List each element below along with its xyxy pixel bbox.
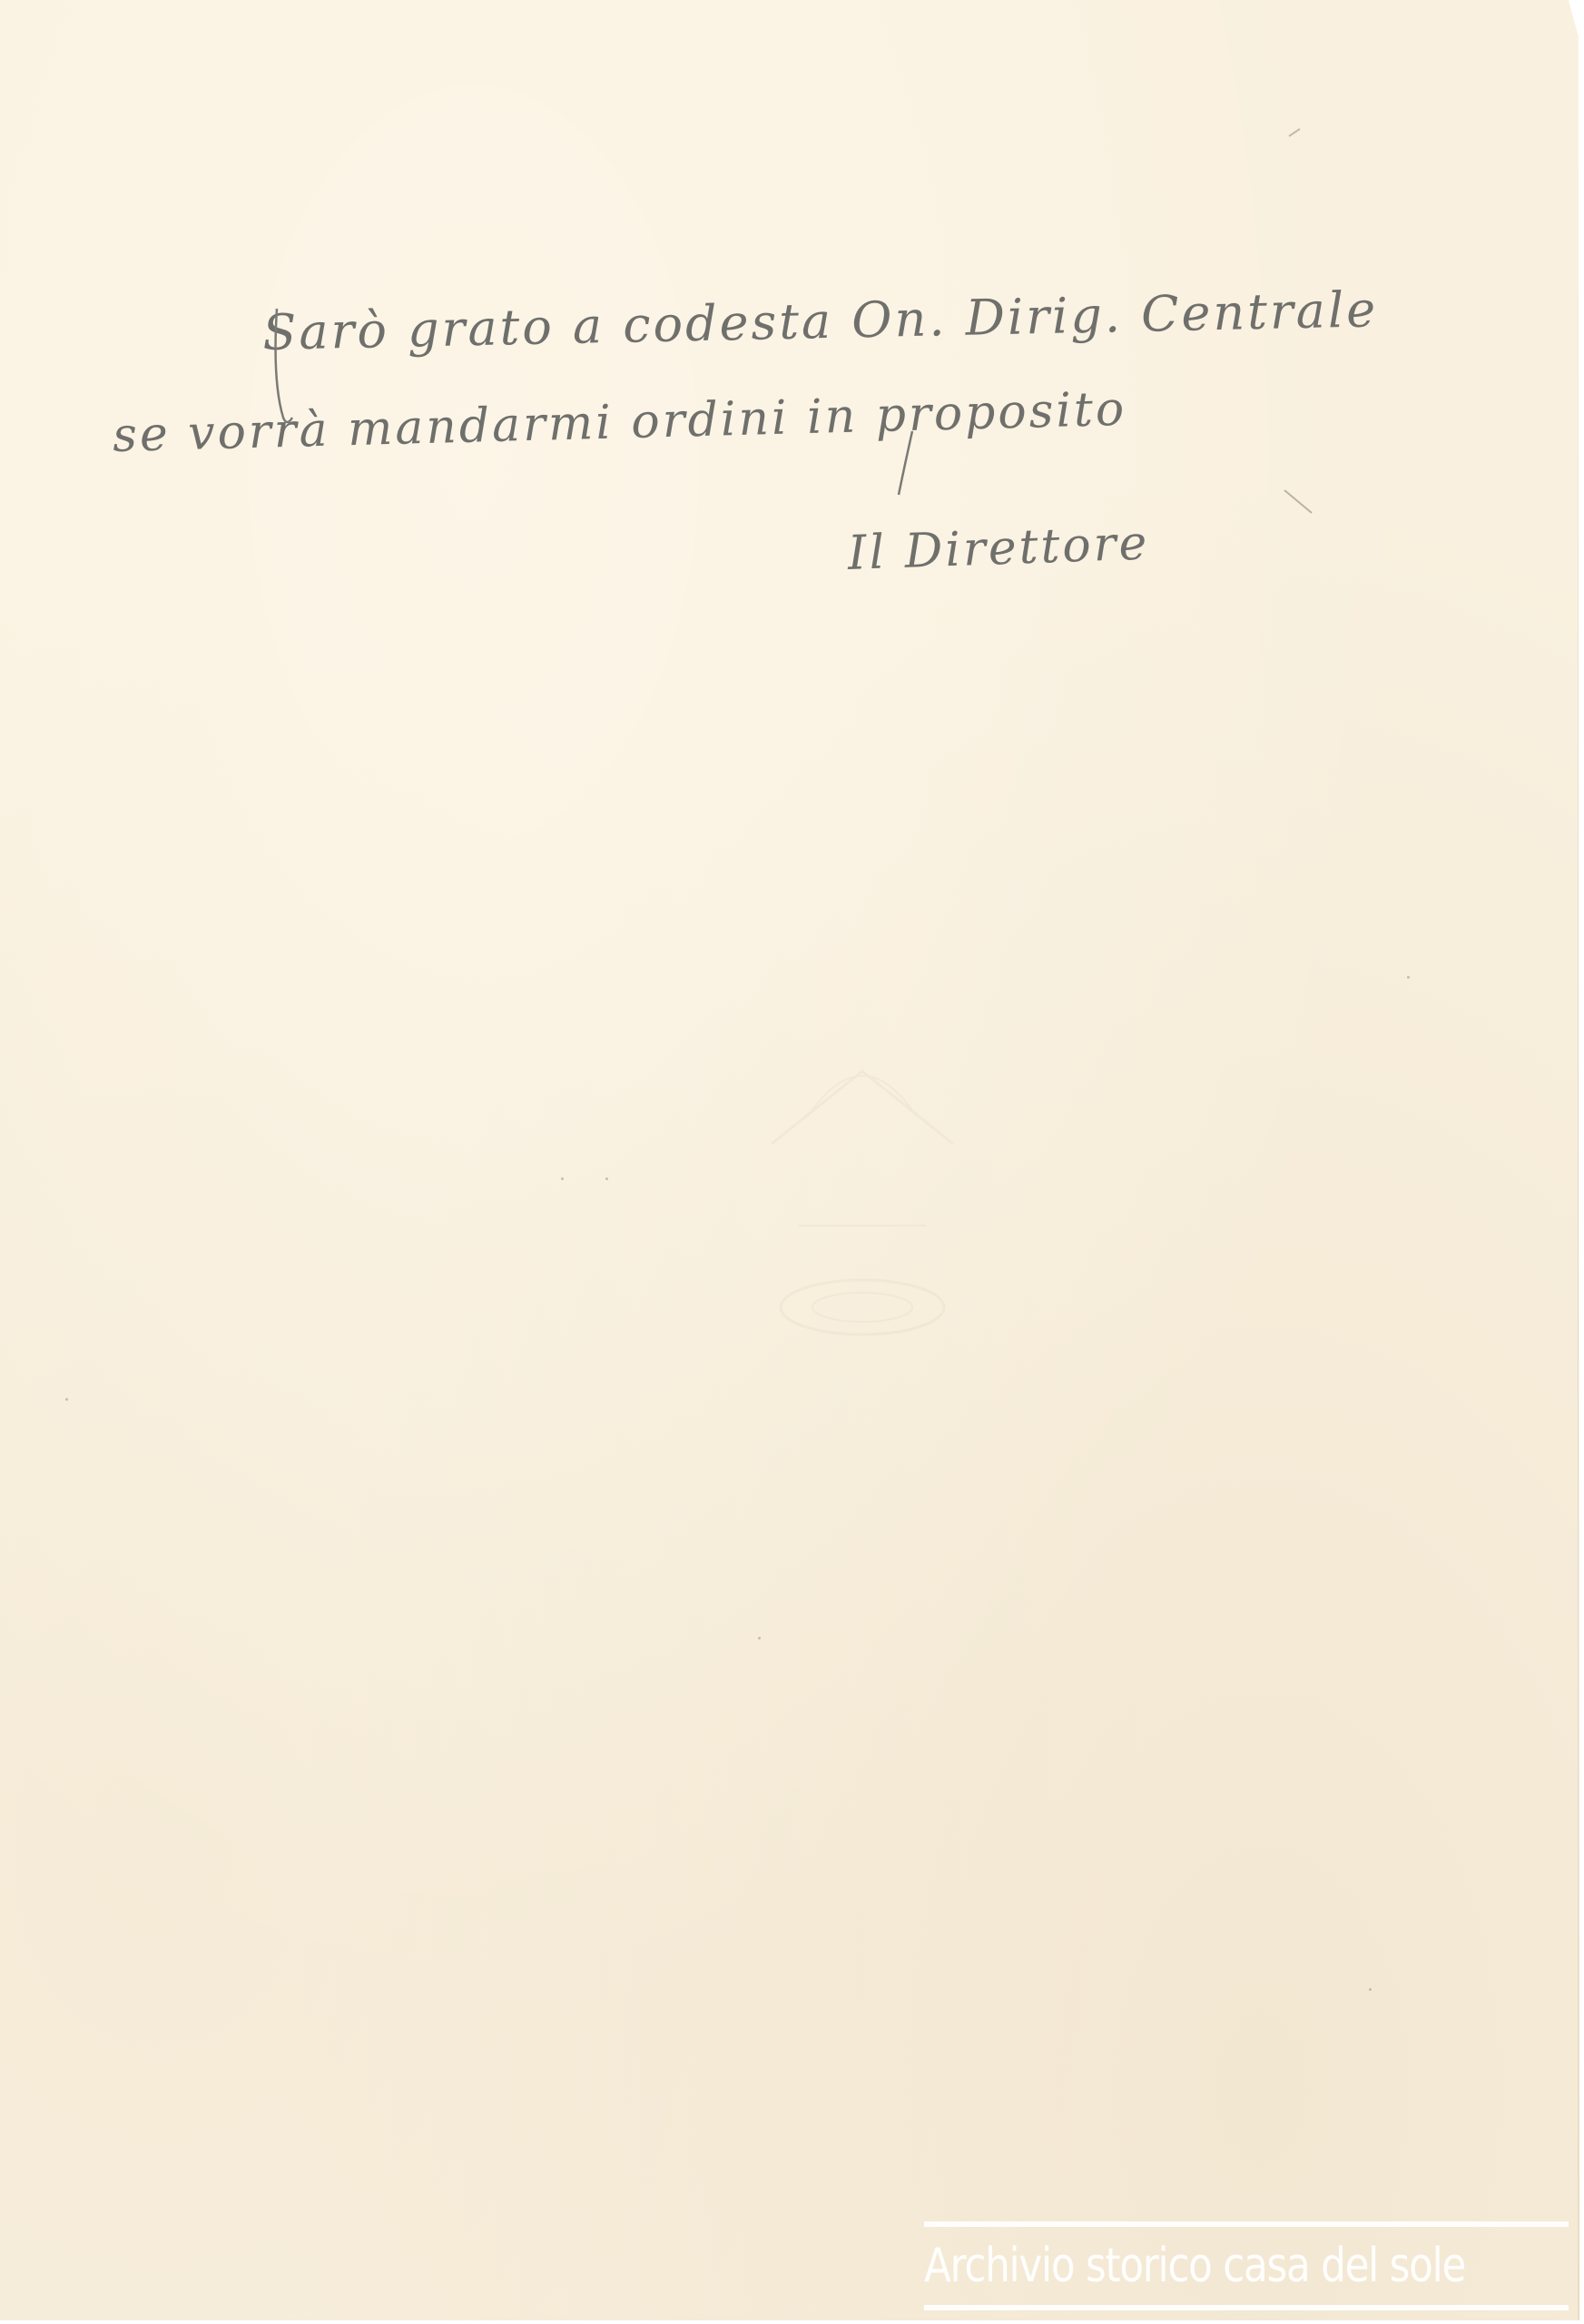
signature: Il Direttore (847, 516, 1150, 581)
paper-speck (605, 1177, 608, 1180)
paper-speck (1369, 1988, 1372, 1991)
watermark-text: Archivio storico casa del sole (924, 2238, 1465, 2294)
embossed-seal-icon (744, 980, 980, 1362)
watermark-top-rule (924, 2221, 1569, 2227)
handwritten-line-2: se vorrà mandarmi ordini in proposito (112, 382, 1127, 463)
letter-page: Sarò grato a codesta On. Dirig. Centrale… (0, 0, 1579, 2320)
paper-speck (758, 1637, 761, 1640)
paper-speck (1407, 976, 1410, 979)
archive-watermark: Archivio storico casa del sole (924, 2221, 1569, 2312)
paper-speck (65, 1398, 68, 1401)
handwritten-line-1: Sarò grato a codesta On. Dirig. Centrale (262, 281, 1379, 361)
watermark-bottom-rule (924, 2305, 1569, 2310)
paper-speck (561, 1177, 564, 1180)
